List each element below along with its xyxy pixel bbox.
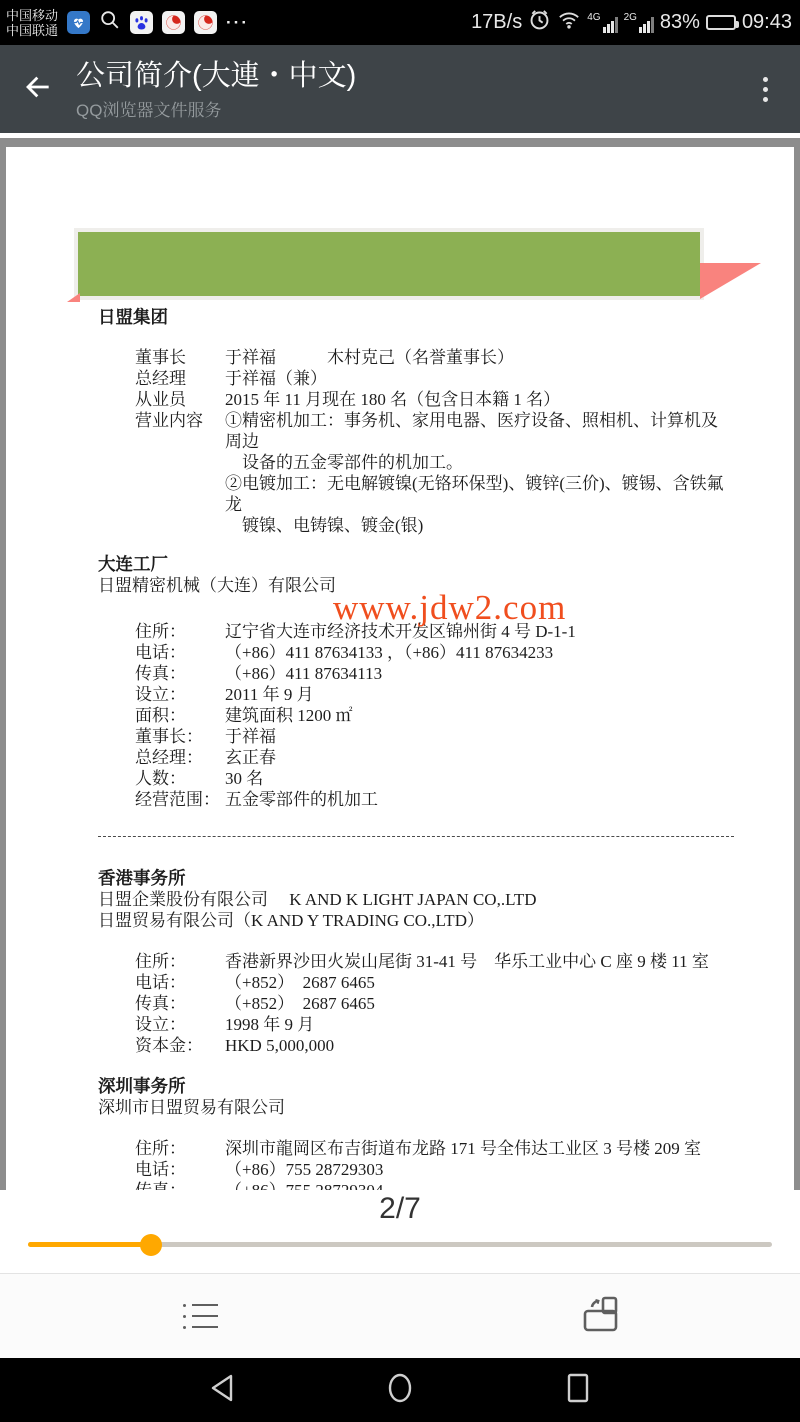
clock-time: 09:43 — [742, 11, 792, 34]
table-row: 传真： （+86）755 28729304 — [135, 1180, 734, 1190]
field-label: 从业员 — [135, 389, 225, 410]
field-value: 1998 年 9 月 — [225, 1014, 734, 1035]
table-row: 电话： （+86）755 28729303 — [135, 1159, 734, 1180]
field-label: 面积： — [135, 705, 225, 726]
pager-area: 2/7 — [0, 1190, 800, 1273]
field-label: 电话： — [135, 972, 225, 993]
table-row: 传真： （+86）411 87634113 — [135, 663, 734, 684]
list-icon — [183, 1304, 218, 1329]
news-app-icon — [162, 11, 185, 34]
field-value: 深圳市龍岡区布吉街道布龙路 171 号全伟达工业区 3 号楼 209 室 — [225, 1138, 734, 1159]
field-label: 总经理： — [135, 747, 225, 768]
table-row: 董事长： 于祥福 — [135, 726, 734, 747]
table-row: 传真： （+852） 2687 6465 — [135, 993, 734, 1014]
table-row: 资本金： HKD 5,000,000 — [135, 1035, 734, 1056]
table-row: 住所： 深圳市龍岡区布吉街道布龙路 171 号全伟达工业区 3 号楼 209 室 — [135, 1138, 734, 1159]
field-value: （+86）411 87634133 ，（+86）411 87634233 — [225, 642, 734, 663]
field-value: （+852） 2687 6465 — [225, 972, 734, 993]
field-value: （+86）411 87634113 — [225, 663, 734, 684]
health-app-icon — [67, 11, 90, 34]
document-banner — [78, 232, 700, 296]
app-header: 公司简介(大連・中文) QQ浏览器文件服务 — [0, 45, 800, 133]
company-name: 日盟企業股份有限公司 K AND K LIGHT JAPAN CO,.LTD — [98, 889, 734, 910]
progress-slider-track[interactable] — [28, 1242, 772, 1247]
toc-button[interactable] — [140, 1274, 260, 1358]
nav-back-button[interactable] — [187, 1358, 257, 1422]
field-label: 总经理 — [135, 368, 225, 389]
field-label: 传真： — [135, 993, 225, 1014]
page-title: 公司简介(大連・中文) — [76, 59, 730, 93]
field-label: 传真： — [135, 663, 225, 684]
more-icon: ··· — [226, 13, 249, 33]
recents-square-icon — [565, 1372, 591, 1409]
field-label: 住所： — [135, 621, 225, 642]
field-label: 董事长： — [135, 726, 225, 747]
back-button[interactable] — [0, 45, 76, 133]
field-value: 于祥福 木村克己（名誉董事长） — [225, 347, 734, 368]
section-heading-shenzhen: 深圳事务所 — [98, 1075, 734, 1097]
field-label: 电话： — [135, 1159, 225, 1180]
page-indicator: 2/7 — [0, 1190, 800, 1226]
banner-ribbon-fold-icon — [67, 293, 80, 302]
rotate-screen-icon — [578, 1292, 622, 1341]
wifi-icon — [557, 9, 581, 37]
news-app-icon-2 — [194, 11, 217, 34]
watermark: www.jdw2.com — [333, 588, 566, 628]
field-label: 营业内容 — [135, 410, 225, 536]
field-value: 建筑面积 1200 ㎡ — [225, 705, 734, 726]
company-name: 深圳市日盟贸易有限公司 — [98, 1097, 734, 1118]
section-heading-hongkong: 香港事务所 — [98, 867, 734, 889]
baidu-icon — [130, 11, 153, 34]
field-label: 资本金： — [135, 1035, 225, 1056]
field-label: 董事长 — [135, 347, 225, 368]
status-bar: 中国移动 中国联通 ··· 17B/s — [0, 0, 800, 45]
field-value: 2011 年 9 月 — [225, 684, 734, 705]
back-arrow-icon — [22, 71, 54, 108]
field-value: （+86）755 28729303 — [225, 1159, 734, 1180]
document-page: www.jdw2.com 日盟集团 董事长 于祥福 木村克己（名誉董事长） 总经… — [6, 147, 794, 1190]
field-label: 经营范围： — [135, 789, 225, 810]
table-row: 设立： 2011 年 9 月 — [135, 684, 734, 705]
carrier-label: 中国移动 中国联通 — [6, 8, 58, 38]
field-value: （+852） 2687 6465 — [225, 993, 734, 1014]
table-row: 经营范围： 五金零部件的机加工 — [135, 789, 734, 810]
field-value: 于祥福（兼） — [225, 368, 734, 389]
field-value: 香港新界沙田火炭山尾街 31-41 号 华乐工业中心 C 座 9 楼 11 室 — [225, 951, 734, 972]
table-row: 电话： （+86）411 87634133 ，（+86）411 87634233 — [135, 642, 734, 663]
field-label: 电话： — [135, 642, 225, 663]
nav-home-button[interactable] — [365, 1358, 435, 1422]
home-circle-icon — [387, 1372, 413, 1409]
network-speed: 17B/s — [471, 11, 522, 34]
field-label: 传真： — [135, 1180, 225, 1190]
table-row: 面积： 建筑面积 1200 ㎡ — [135, 705, 734, 726]
dashed-divider — [98, 836, 734, 837]
table-row: 总经理： 玄正春 — [135, 747, 734, 768]
nav-recents-button[interactable] — [543, 1358, 613, 1422]
android-nav-bar — [0, 1358, 800, 1422]
section-heading-dalian: 大连工厂 — [98, 553, 734, 575]
progress-slider-fill — [28, 1242, 151, 1247]
field-label: 住所： — [135, 1138, 225, 1159]
back-triangle-icon — [209, 1373, 235, 1408]
table-row: 从业员 2015 年 11 月现在 180 名（包含日本籍 1 名） — [135, 389, 734, 410]
field-label: 设立： — [135, 1014, 225, 1035]
table-row: 人数： 30 名 — [135, 768, 734, 789]
section-heading-group: 日盟集团 — [98, 306, 734, 328]
alarm-icon — [528, 8, 551, 37]
rotate-screen-button[interactable] — [540, 1274, 660, 1358]
field-value: ①精密机加工：事务机、家用电器、医疗设备、照相机、计算机及周边 设备的五金零部件… — [225, 410, 734, 536]
bottom-toolbar — [0, 1273, 800, 1358]
battery-percent: 83% — [660, 11, 700, 34]
signal-2g: 2G — [624, 13, 654, 33]
field-label: 设立： — [135, 684, 225, 705]
table-row: 电话： （+852） 2687 6465 — [135, 972, 734, 993]
field-label: 住所： — [135, 951, 225, 972]
table-row: 住所： 香港新界沙田火炭山尾街 31-41 号 华乐工业中心 C 座 9 楼 1… — [135, 951, 734, 972]
company-name: 日盟贸易有限公司（K AND Y TRADING CO.,LTD） — [98, 910, 734, 931]
banner-ribbon-icon — [700, 263, 761, 299]
signal-4g: 4G — [587, 13, 617, 33]
field-value: 30 名 — [225, 768, 734, 789]
field-value: （+86）755 28729304 — [225, 1180, 734, 1190]
field-value: 玄正春 — [225, 747, 734, 768]
field-value: 五金零部件的机加工 — [225, 789, 734, 810]
field-value: 2015 年 11 月现在 180 名（包含日本籍 1 名） — [225, 389, 734, 410]
table-row: 董事长 于祥福 木村克己（名誉董事长） — [135, 347, 734, 368]
document-viewport[interactable]: www.jdw2.com 日盟集团 董事长 于祥福 木村克己（名誉董事长） 总经… — [0, 133, 800, 1190]
field-label: 人数： — [135, 768, 225, 789]
phone-screen: 中国移动 中国联通 ··· 17B/s — [0, 0, 800, 1422]
progress-slider-thumb[interactable] — [140, 1234, 162, 1256]
page-top-edge — [0, 133, 800, 138]
table-row: 总经理 于祥福（兼） — [135, 368, 734, 389]
kebab-icon — [763, 77, 768, 82]
search-icon — [99, 9, 121, 36]
battery-icon — [706, 15, 736, 30]
overflow-menu-button[interactable] — [730, 45, 800, 133]
field-value: HKD 5,000,000 — [225, 1035, 734, 1056]
table-row: 设立： 1998 年 9 月 — [135, 1014, 734, 1035]
page-subtitle: QQ浏览器文件服务 — [76, 96, 730, 121]
field-value: 于祥福 — [225, 726, 734, 747]
table-row: 营业内容 ①精密机加工：事务机、家用电器、医疗设备、照相机、计算机及周边 设备的… — [135, 410, 734, 536]
